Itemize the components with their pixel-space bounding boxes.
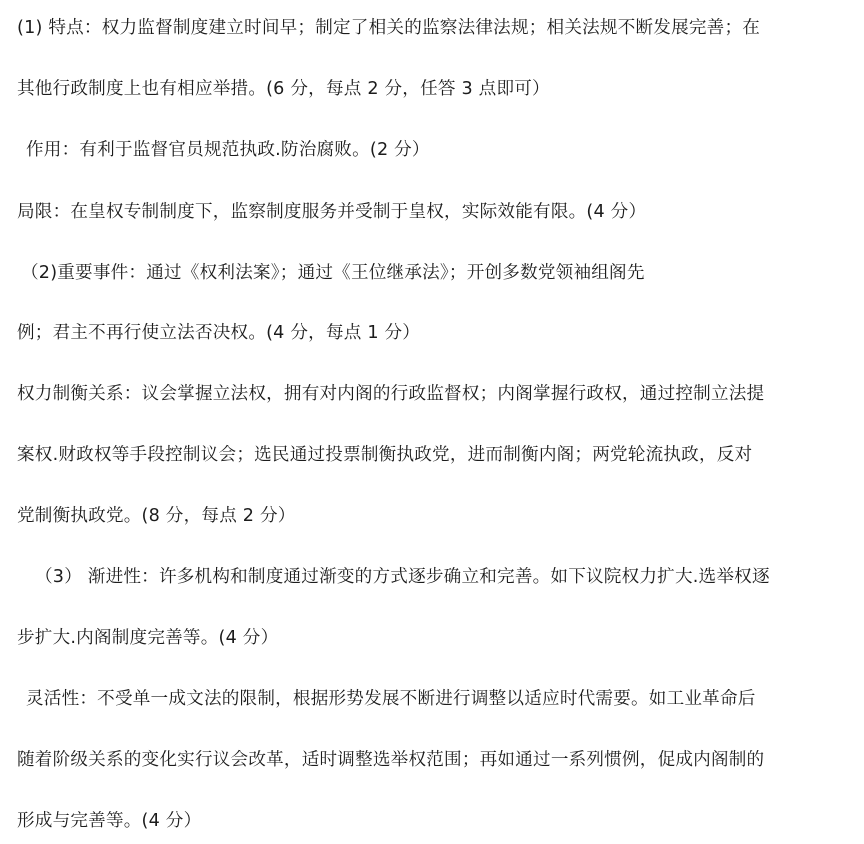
answer-2-checks-balances-line-1: 权力制衡关系：议会掌握立法权，拥有对内阁的行政监督权；内阁掌握行政权，通过控制立… [17,383,764,405]
answer-1-features-line-2: 其他行政制度上也有相应举措。(6 分，每点 2 分，任答 3 点即可） [17,78,550,100]
answer-3-gradualism-line-1: （3） 渐进性：许多机构和制度通过渐变的方式逐步确立和完善。如下议院权力扩大.选… [35,566,770,588]
answer-document: (1) 特点：权力监督制度建立时间早；制定了相关的监察法律法规；相关法规不断发展… [0,0,864,844]
answer-3-flexibility-line-3: 形成与完善等。(4 分） [17,810,201,832]
answer-3-gradualism-line-2: 步扩大.内阁制度完善等。(4 分） [17,627,278,649]
answer-2-events-line-1: （2)重要事件：通过《权利法案》；通过《王位继承法》；开创多数党领袖组阁先 [21,262,645,284]
answer-1-limitation-line: 局限：在皇权专制制度下，监察制度服务并受制于皇权，实际效能有限。(4 分） [17,201,646,223]
answer-2-checks-balances-line-3: 党制衡执政党。(8 分，每点 2 分） [17,505,296,527]
answer-2-events-line-2: 例；君主不再行使立法否决权。(4 分，每点 1 分） [17,322,420,344]
answer-3-flexibility-line-2: 随着阶级关系的变化实行议会改革，适时调整选举权范围；再如通过一系列惯例，促成内阁… [17,749,764,771]
answer-1-function-line: 作用：有利于监督官员规范执政.防治腐败。(2 分） [26,139,430,161]
answer-3-flexibility-line-1: 灵活性：不受单一成文法的限制，根据形势发展不断进行调整以适应时代需要。如工业革命… [26,688,756,710]
answer-2-checks-balances-line-2: 案权.财政权等手段控制议会；选民通过投票制衡执政党，进而制衡内阁；两党轮流执政，… [17,444,752,466]
answer-1-features-line-1: (1) 特点：权力监督制度建立时间早；制定了相关的监察法律法规；相关法规不断发展… [17,17,760,39]
